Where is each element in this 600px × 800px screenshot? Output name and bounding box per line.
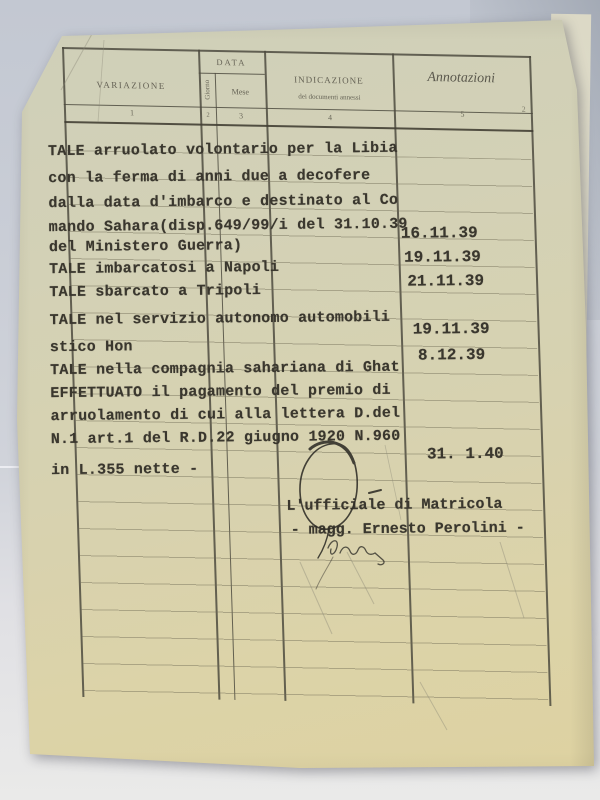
pen-circle-doodle xyxy=(300,442,381,558)
paper-sheet: VARIAZIONE DATA Giorno Mese INDICAZIONE … xyxy=(0,0,600,800)
pen-marks xyxy=(0,0,600,800)
handwritten-signature xyxy=(316,541,384,589)
paper-wrap: VARIAZIONE DATA Giorno Mese INDICAZIONE … xyxy=(0,0,600,800)
scanned-document-page: VARIAZIONE DATA Giorno Mese INDICAZIONE … xyxy=(0,0,600,800)
pencil-scratches xyxy=(61,34,524,730)
